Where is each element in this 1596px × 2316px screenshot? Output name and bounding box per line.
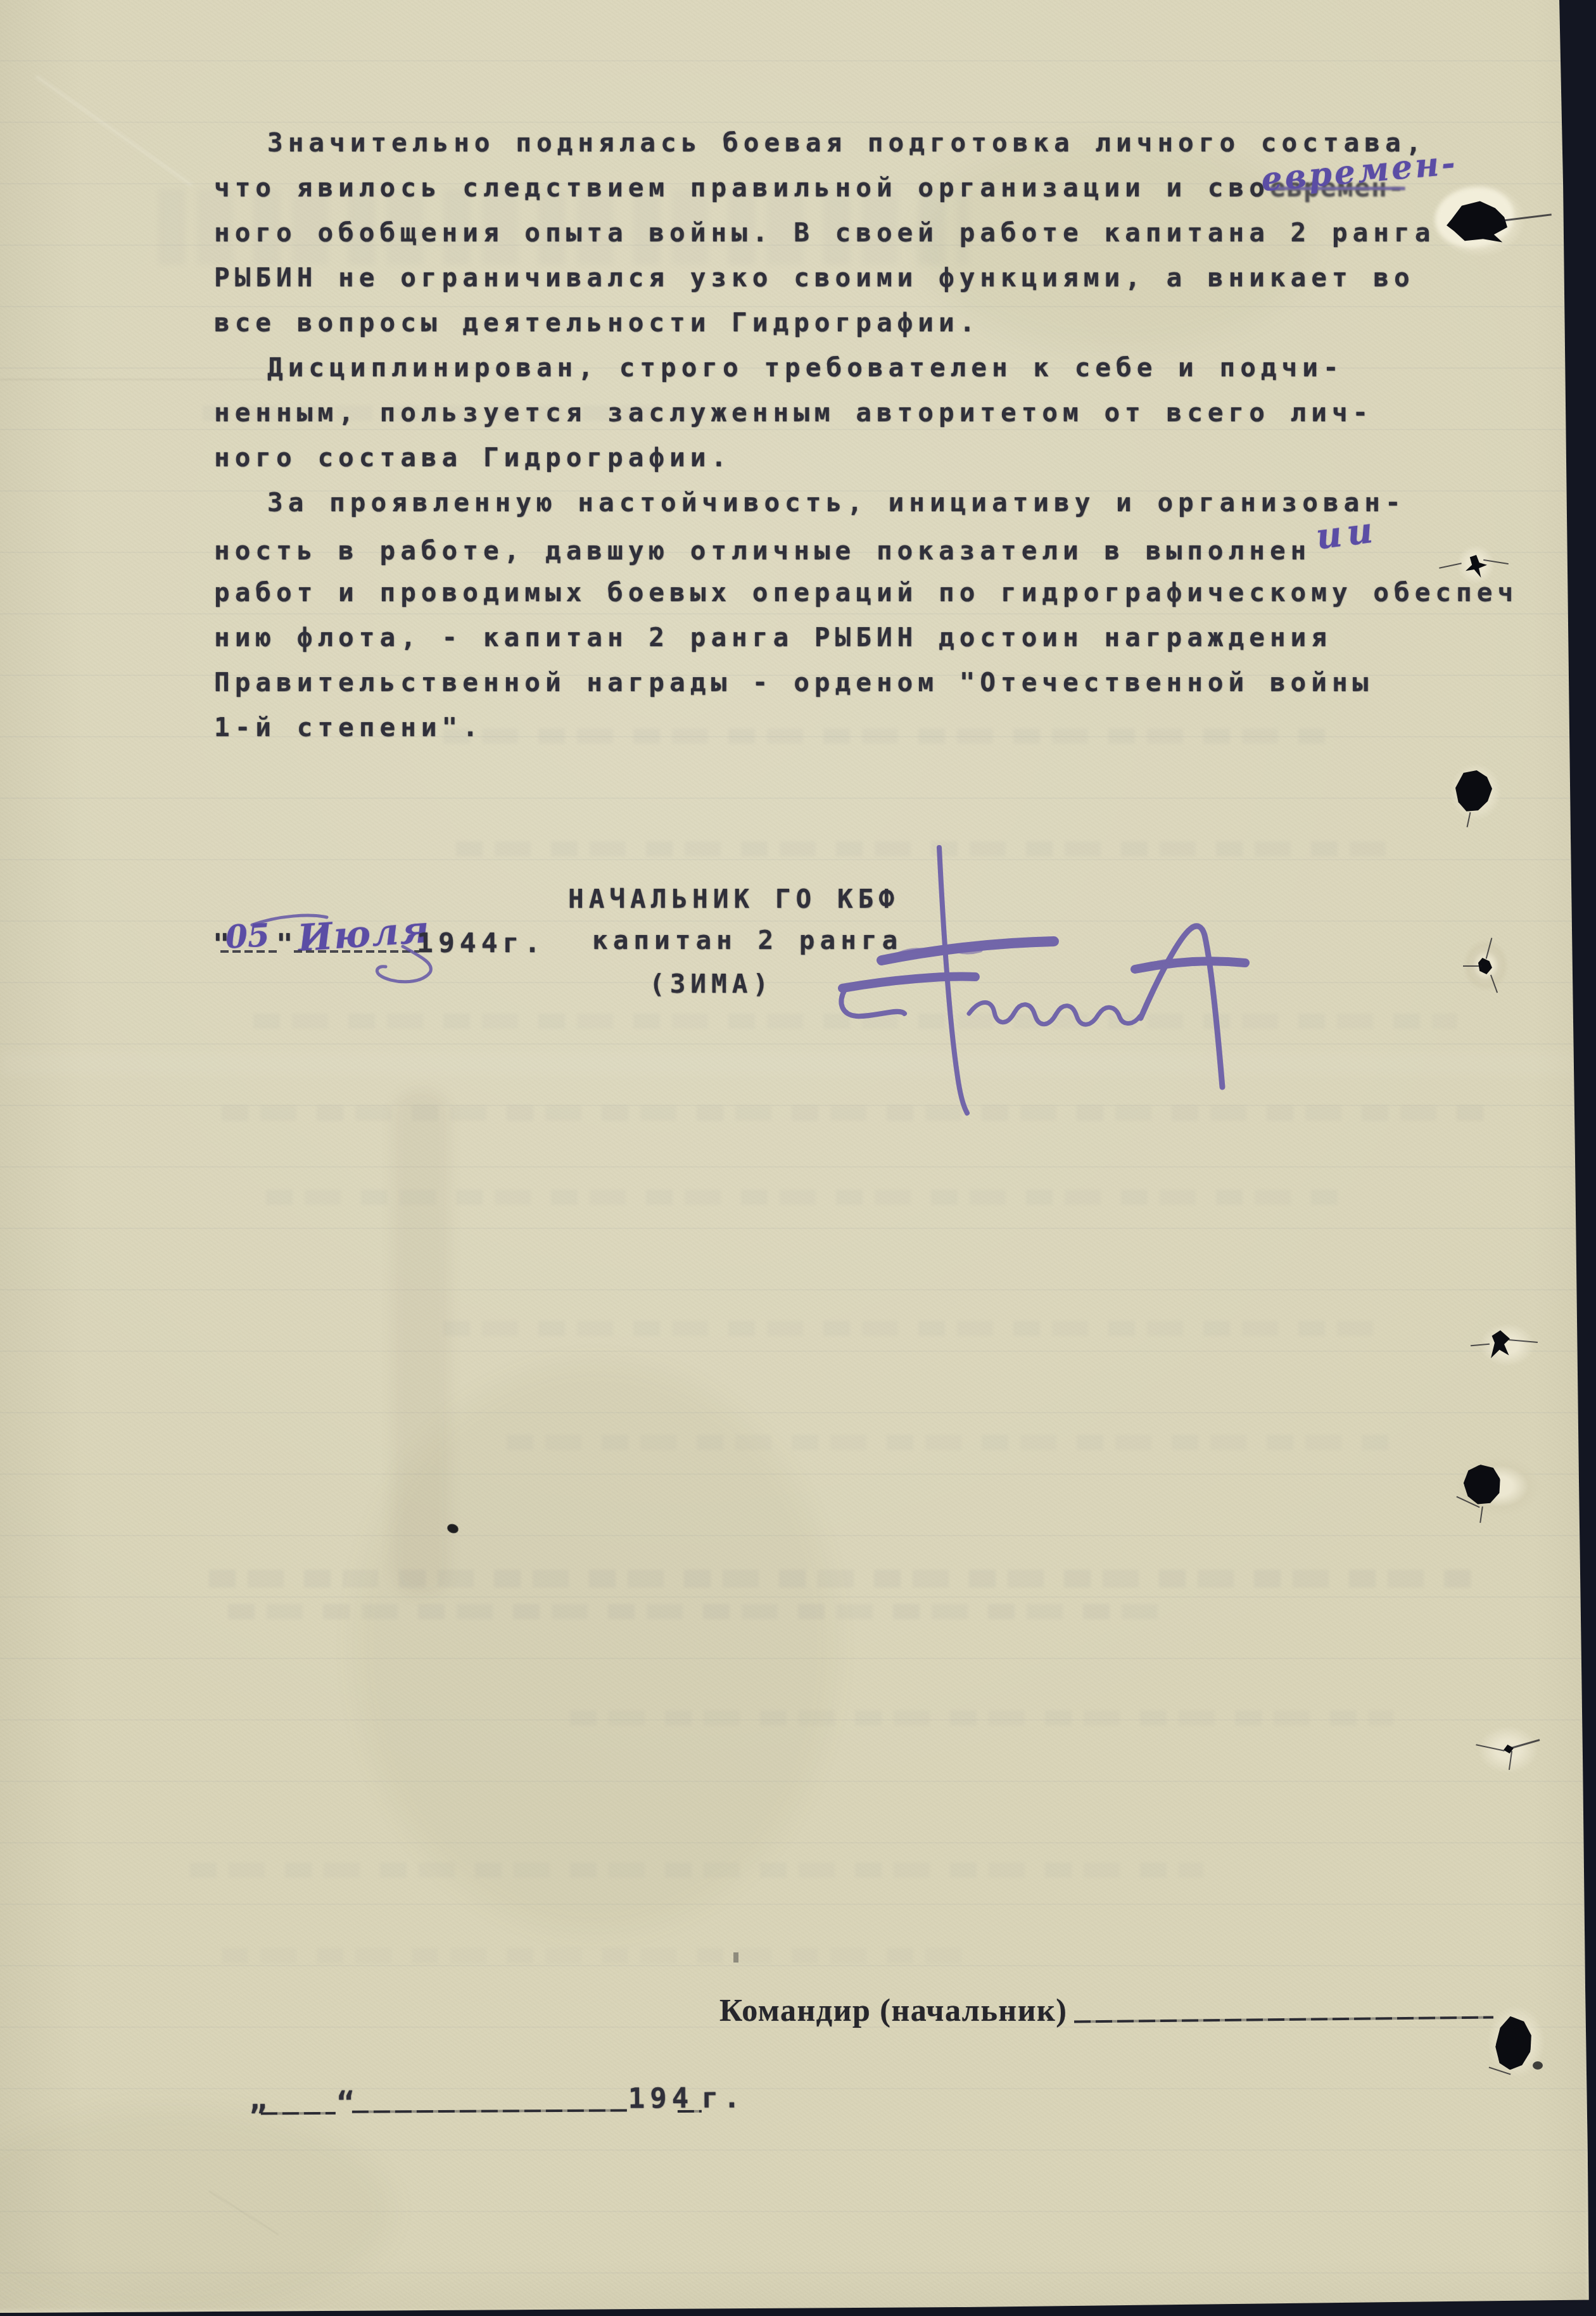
body-line: За проявленную настойчивость, инициативу…	[214, 480, 1582, 525]
signature-ink	[823, 792, 1279, 1147]
ink-speck	[1533, 2061, 1543, 2070]
handwritten-correction: ии	[1314, 507, 1380, 559]
signer-name: (ЗИМА)	[649, 969, 773, 999]
bleed-through-line	[266, 1190, 1343, 1205]
bleed-through-line	[570, 1710, 1393, 1726]
body-line: ность в работе, давшую отличные показате…	[214, 525, 1582, 570]
bleed-through-line	[443, 1321, 1393, 1336]
body-line: Дисциплинирован, строго требователен к с…	[214, 345, 1582, 390]
scanner-background: Значительно поднялась боевая подготовка …	[0, 0, 1596, 2316]
ink-speck	[733, 1952, 738, 1963]
body-line: работ и проводимых боевых операций по ги…	[214, 570, 1582, 615]
fold-crease	[0, 1052, 1596, 1077]
body-line: нию флота, - капитан 2 ранга РЫБИН досто…	[214, 615, 1582, 660]
fold-smudge	[393, 1090, 450, 1596]
paper-edge-highlight	[0, 2307, 1596, 2316]
form-close-quote: “	[337, 2085, 360, 2120]
body-line: 1-й степени".	[214, 705, 1582, 750]
bleed-through-line	[209, 1570, 1476, 1587]
paper-stain	[0, 2109, 393, 2312]
form-blank-line	[678, 2110, 702, 2113]
paper-crease	[35, 75, 192, 186]
body-line: что явилось следствием правильной органи…	[214, 165, 1582, 210]
body-line: ного обобщения опыта войны. В своей рабо…	[214, 210, 1582, 255]
body-line: Правительственной награды - орденом "Оте…	[214, 660, 1582, 705]
worm-hole	[1457, 932, 1515, 998]
form-blank-line	[352, 2109, 627, 2113]
worm-hole	[1449, 761, 1502, 822]
paper-stain	[355, 1362, 836, 1932]
bleed-through-line	[507, 1435, 1393, 1450]
date-underline	[220, 950, 277, 953]
form-blank-line	[261, 2112, 336, 2115]
paper-crease	[208, 2191, 279, 2236]
form-open-quote: „	[250, 2082, 272, 2116]
body-line: ного состава Гидрографии.	[214, 435, 1582, 480]
body-line: все вопросы деятельности Гидрографии.	[214, 300, 1582, 345]
body-line: РЫБИН не ограничивался узко своими функц…	[214, 255, 1582, 300]
document-page: Значительно поднялась боевая подготовка …	[0, 0, 1596, 2316]
paper-tear	[1476, 1321, 1539, 1368]
paper-edge-highlight	[1585, 0, 1596, 2316]
worm-hole	[1485, 2001, 1548, 2083]
bleed-through-line	[228, 1604, 1178, 1619]
worm-hole	[1445, 1448, 1553, 1524]
commander-label: Командир (начальник)	[719, 1992, 1067, 2028]
typed-body-text: Значительно поднялась боевая подготовка …	[214, 120, 1582, 750]
ink-flourish	[247, 911, 336, 930]
ink-swash	[291, 936, 456, 993]
bleed-through-line	[222, 1948, 982, 1963]
paper-crack	[1473, 1723, 1543, 1776]
form-year-prefix: 194	[628, 2082, 694, 2115]
bleed-through-line	[190, 1862, 1203, 1878]
form-year-suffix: г.	[702, 2082, 745, 2114]
body-line: ненным, пользуется заслуженным авторитет…	[214, 390, 1582, 435]
correction-overstrike: евремен-евремен-	[1270, 165, 1405, 210]
ink-speck	[446, 1522, 460, 1534]
signature-blank-line	[1074, 2016, 1493, 2023]
